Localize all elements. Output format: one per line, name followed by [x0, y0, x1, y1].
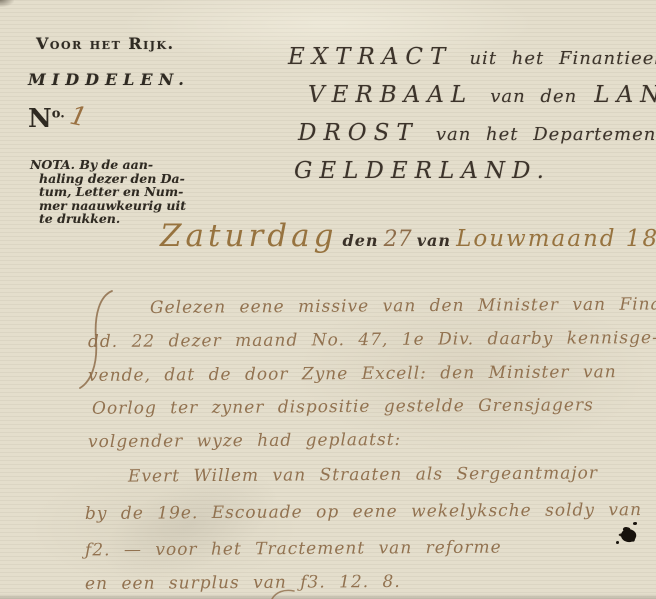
day-number-handwritten: 27 [384, 227, 412, 252]
verbaal-word: VERBAAL [308, 82, 473, 108]
body-line: dd. 22 dezer maand No. 47, 1e Div. daarb… [88, 328, 656, 352]
land-word: LAND- [594, 82, 656, 108]
body-line: Gelezen eene missive van den Minister va… [150, 294, 656, 318]
heading-line-2: VERBAAL van den LAND- [308, 82, 656, 108]
weekday-handwritten: Zaturdag [160, 218, 337, 254]
cutoff-stroke [268, 588, 298, 599]
date-line: Zaturdag den 27 van Louwmaand 1810. [160, 218, 656, 264]
body-line: ƒ2. — voor het Tractement van reforme [85, 538, 502, 561]
extract-word: EXTRACT [288, 44, 452, 70]
nota-line: NOTA. By de aan- [30, 158, 188, 172]
ink-blot [633, 522, 637, 525]
nota-note: NOTA. By de aan- haling dezer den Da- tu… [30, 158, 188, 226]
ink-blot [619, 527, 638, 544]
ink-blot [616, 541, 619, 544]
middelen-label: MIDDELEN. [28, 70, 190, 89]
handwritten-number: 1 [67, 101, 89, 134]
nota-line: haling dezer den Da- [30, 172, 188, 186]
number-label: No. [28, 104, 65, 134]
body-line: en een surplus van ƒ3. 12. 8. [85, 572, 401, 594]
heading-line-3: DROST van het Departement [298, 120, 656, 146]
body-line: Evert Willem van Straaten als Sergeantma… [128, 463, 598, 486]
gelderland-word: GELDERLAND. [294, 158, 551, 184]
voor-het-rijk-label: Voor het Rijk. [36, 34, 175, 53]
heading-line-4: GELDERLAND. [294, 158, 551, 184]
paper-background: Voor het Rijk. MIDDELEN. No. 1 NOTA. By … [0, 0, 656, 599]
drost-word: DROST [298, 120, 419, 146]
body-line: Oorlog ter zyner dispositie gestelde Gre… [92, 395, 594, 419]
body-line: volgender wyze had geplaatst: [88, 430, 401, 452]
body-line: vende, dat de door Zyne Excell: den Mini… [88, 362, 617, 386]
nota-line: mer naauwkeurig uit [30, 199, 188, 213]
van-printed: van [417, 231, 451, 250]
body-line: by de 19e. Escouade op eene wekelyksche … [85, 500, 642, 524]
scan-edge-mark [0, 0, 14, 7]
nota-line: tum, Letter en Num- [30, 185, 188, 199]
heading-line-1: EXTRACT uit het Finantieel [288, 44, 656, 70]
month-year-handwritten: Louwmaand 1810. [456, 226, 656, 252]
den-printed: den [343, 231, 379, 250]
